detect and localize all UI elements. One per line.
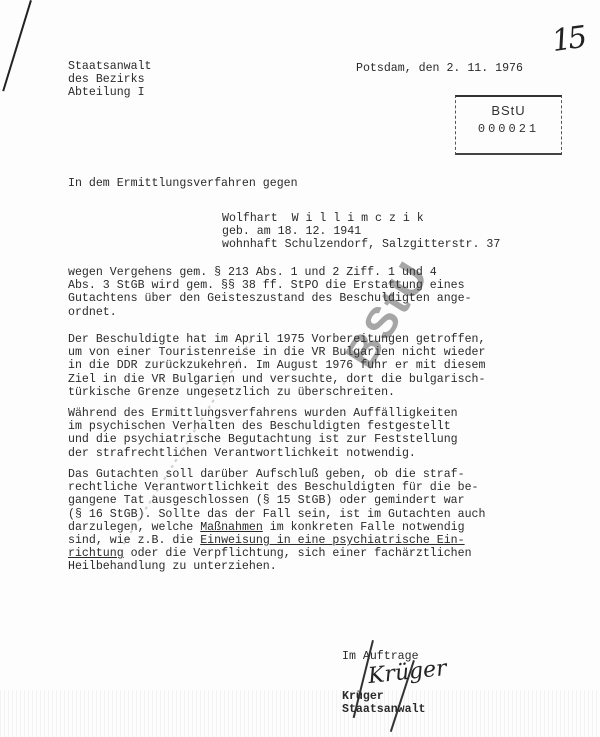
text-line: türkische Grenze ungesetzlich zu übersch… bbox=[68, 386, 485, 399]
paragraph-reason: Während des Ermittlungsverfahrens wurden… bbox=[68, 407, 458, 460]
signer-block: KrügerStaatsanwalt bbox=[342, 690, 426, 716]
page-edge-line bbox=[2, 0, 32, 91]
underlined-commitment: Einweisung in eine psychiatrische Ein- bbox=[200, 534, 464, 547]
text-line: gangene Tat ausgeschlossen (§ 15 StGB) o… bbox=[68, 494, 485, 507]
text-line: sind, wie z.B. die Einweisung in eine ps… bbox=[68, 534, 485, 547]
archive-stamp: BStU 000021 bbox=[455, 95, 562, 155]
document-page: 15 Staatsanwaltdes BezirksAbteilung I Po… bbox=[0, 0, 600, 737]
place-date: Potsdam, den 2. 11. 1976 bbox=[356, 62, 523, 75]
signer-name: Krüger bbox=[342, 690, 426, 703]
signer-title: Staatsanwalt bbox=[342, 703, 426, 716]
text-line: Der Beschuldigte hat im April 1975 Vorbe… bbox=[68, 333, 485, 346]
text-span: sind, wie z.B. die bbox=[68, 534, 200, 547]
paragraph-facts: Der Beschuldigte hat im April 1975 Vorbe… bbox=[68, 333, 485, 399]
text-line: um von einer Touristenreise in die VR Bu… bbox=[68, 346, 485, 359]
text-line: (§ 16 StGB). Sollte das der Fall sein, i… bbox=[68, 508, 485, 521]
text-line: rechtliche Verantwortlichkeit des Beschu… bbox=[68, 481, 485, 494]
stamp-number: 000021 bbox=[456, 122, 561, 136]
folio-mark: 15 bbox=[550, 20, 587, 59]
text-span: im konkreten Falle notwendig bbox=[263, 521, 465, 534]
accused-name: Wolfhart W i l l i m c z i k bbox=[222, 212, 500, 225]
intro-line: In dem Ermittlungsverfahren gegen bbox=[68, 177, 298, 190]
text-line: Das Gutachten soll darüber Aufschluß geb… bbox=[68, 468, 485, 481]
text-line: Ziel in die VR Bulgarien und versuchte, … bbox=[68, 373, 485, 386]
sender-line: Staatsanwalt bbox=[68, 60, 152, 73]
accused-address: wohnhaft Schulzendorf, Salzgitterstr. 37 bbox=[222, 238, 500, 251]
text-line: Heilbehandlung zu unterziehen. bbox=[68, 560, 485, 573]
sender-line: Abteilung I bbox=[68, 86, 152, 99]
accused-birth: geb. am 18. 12. 1941 bbox=[222, 225, 500, 238]
text-line: richtung oder die Verpflichtung, sich ei… bbox=[68, 547, 485, 560]
text-line: und die psychiatrische Begutachtung ist … bbox=[68, 433, 458, 446]
text-line: in die DDR zurückzukehren. Im August 197… bbox=[68, 359, 485, 372]
stamp-label: BStU bbox=[456, 103, 561, 118]
text-line: der strafrechtlichen Verantwortlichkeit … bbox=[68, 447, 458, 460]
sender-line: des Bezirks bbox=[68, 73, 152, 86]
text-line: im psychischen Verhalten des Beschuldigt… bbox=[68, 420, 458, 433]
underlined-measures: Maßnahmen bbox=[200, 521, 263, 534]
text-line: Während des Ermittlungsverfahrens wurden… bbox=[68, 407, 458, 420]
paragraph-assessment: Das Gutachten soll darüber Aufschluß geb… bbox=[68, 468, 485, 574]
underlined-commitment-cont: richtung bbox=[68, 547, 124, 560]
accused-block: Wolfhart W i l l i m c z i kgeb. am 18. … bbox=[222, 212, 500, 252]
sender-block: Staatsanwaltdes BezirksAbteilung I bbox=[68, 60, 152, 100]
scan-noise bbox=[0, 690, 600, 737]
text-span: oder die Verpflichtung, sich einer fachä… bbox=[124, 547, 472, 560]
